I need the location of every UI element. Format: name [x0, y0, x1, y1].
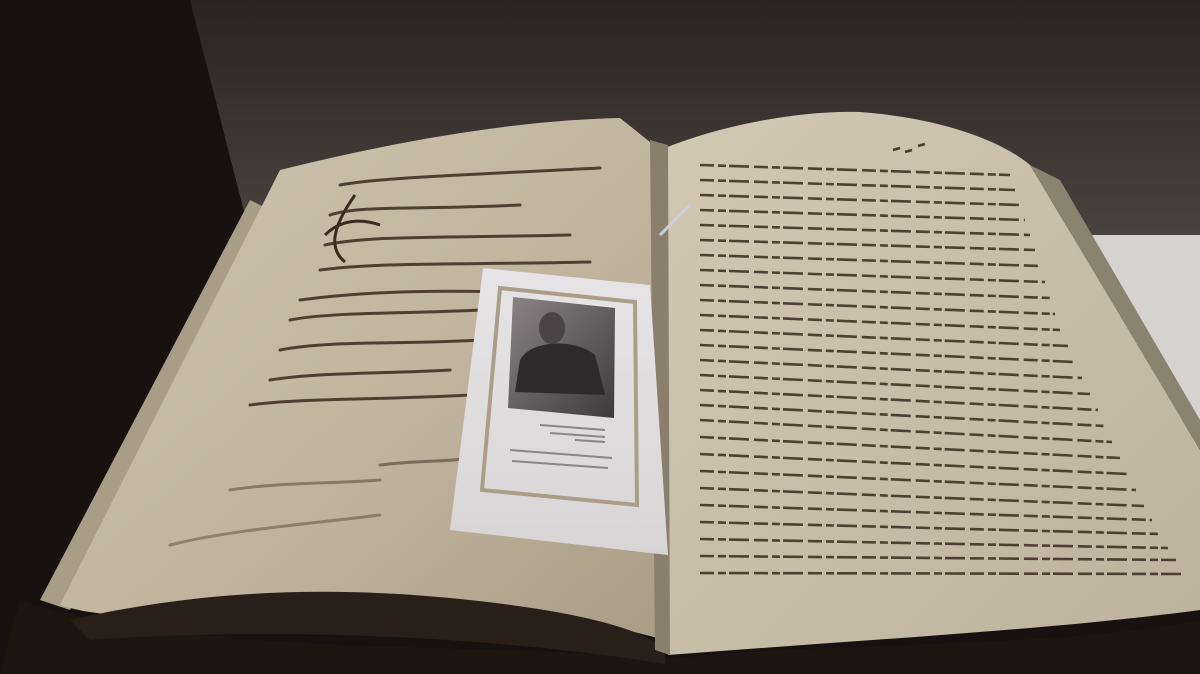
portrait-head [539, 312, 565, 344]
manuscript-photo [0, 0, 1200, 674]
devotional-card [450, 268, 668, 555]
photo-scene [0, 0, 1200, 674]
